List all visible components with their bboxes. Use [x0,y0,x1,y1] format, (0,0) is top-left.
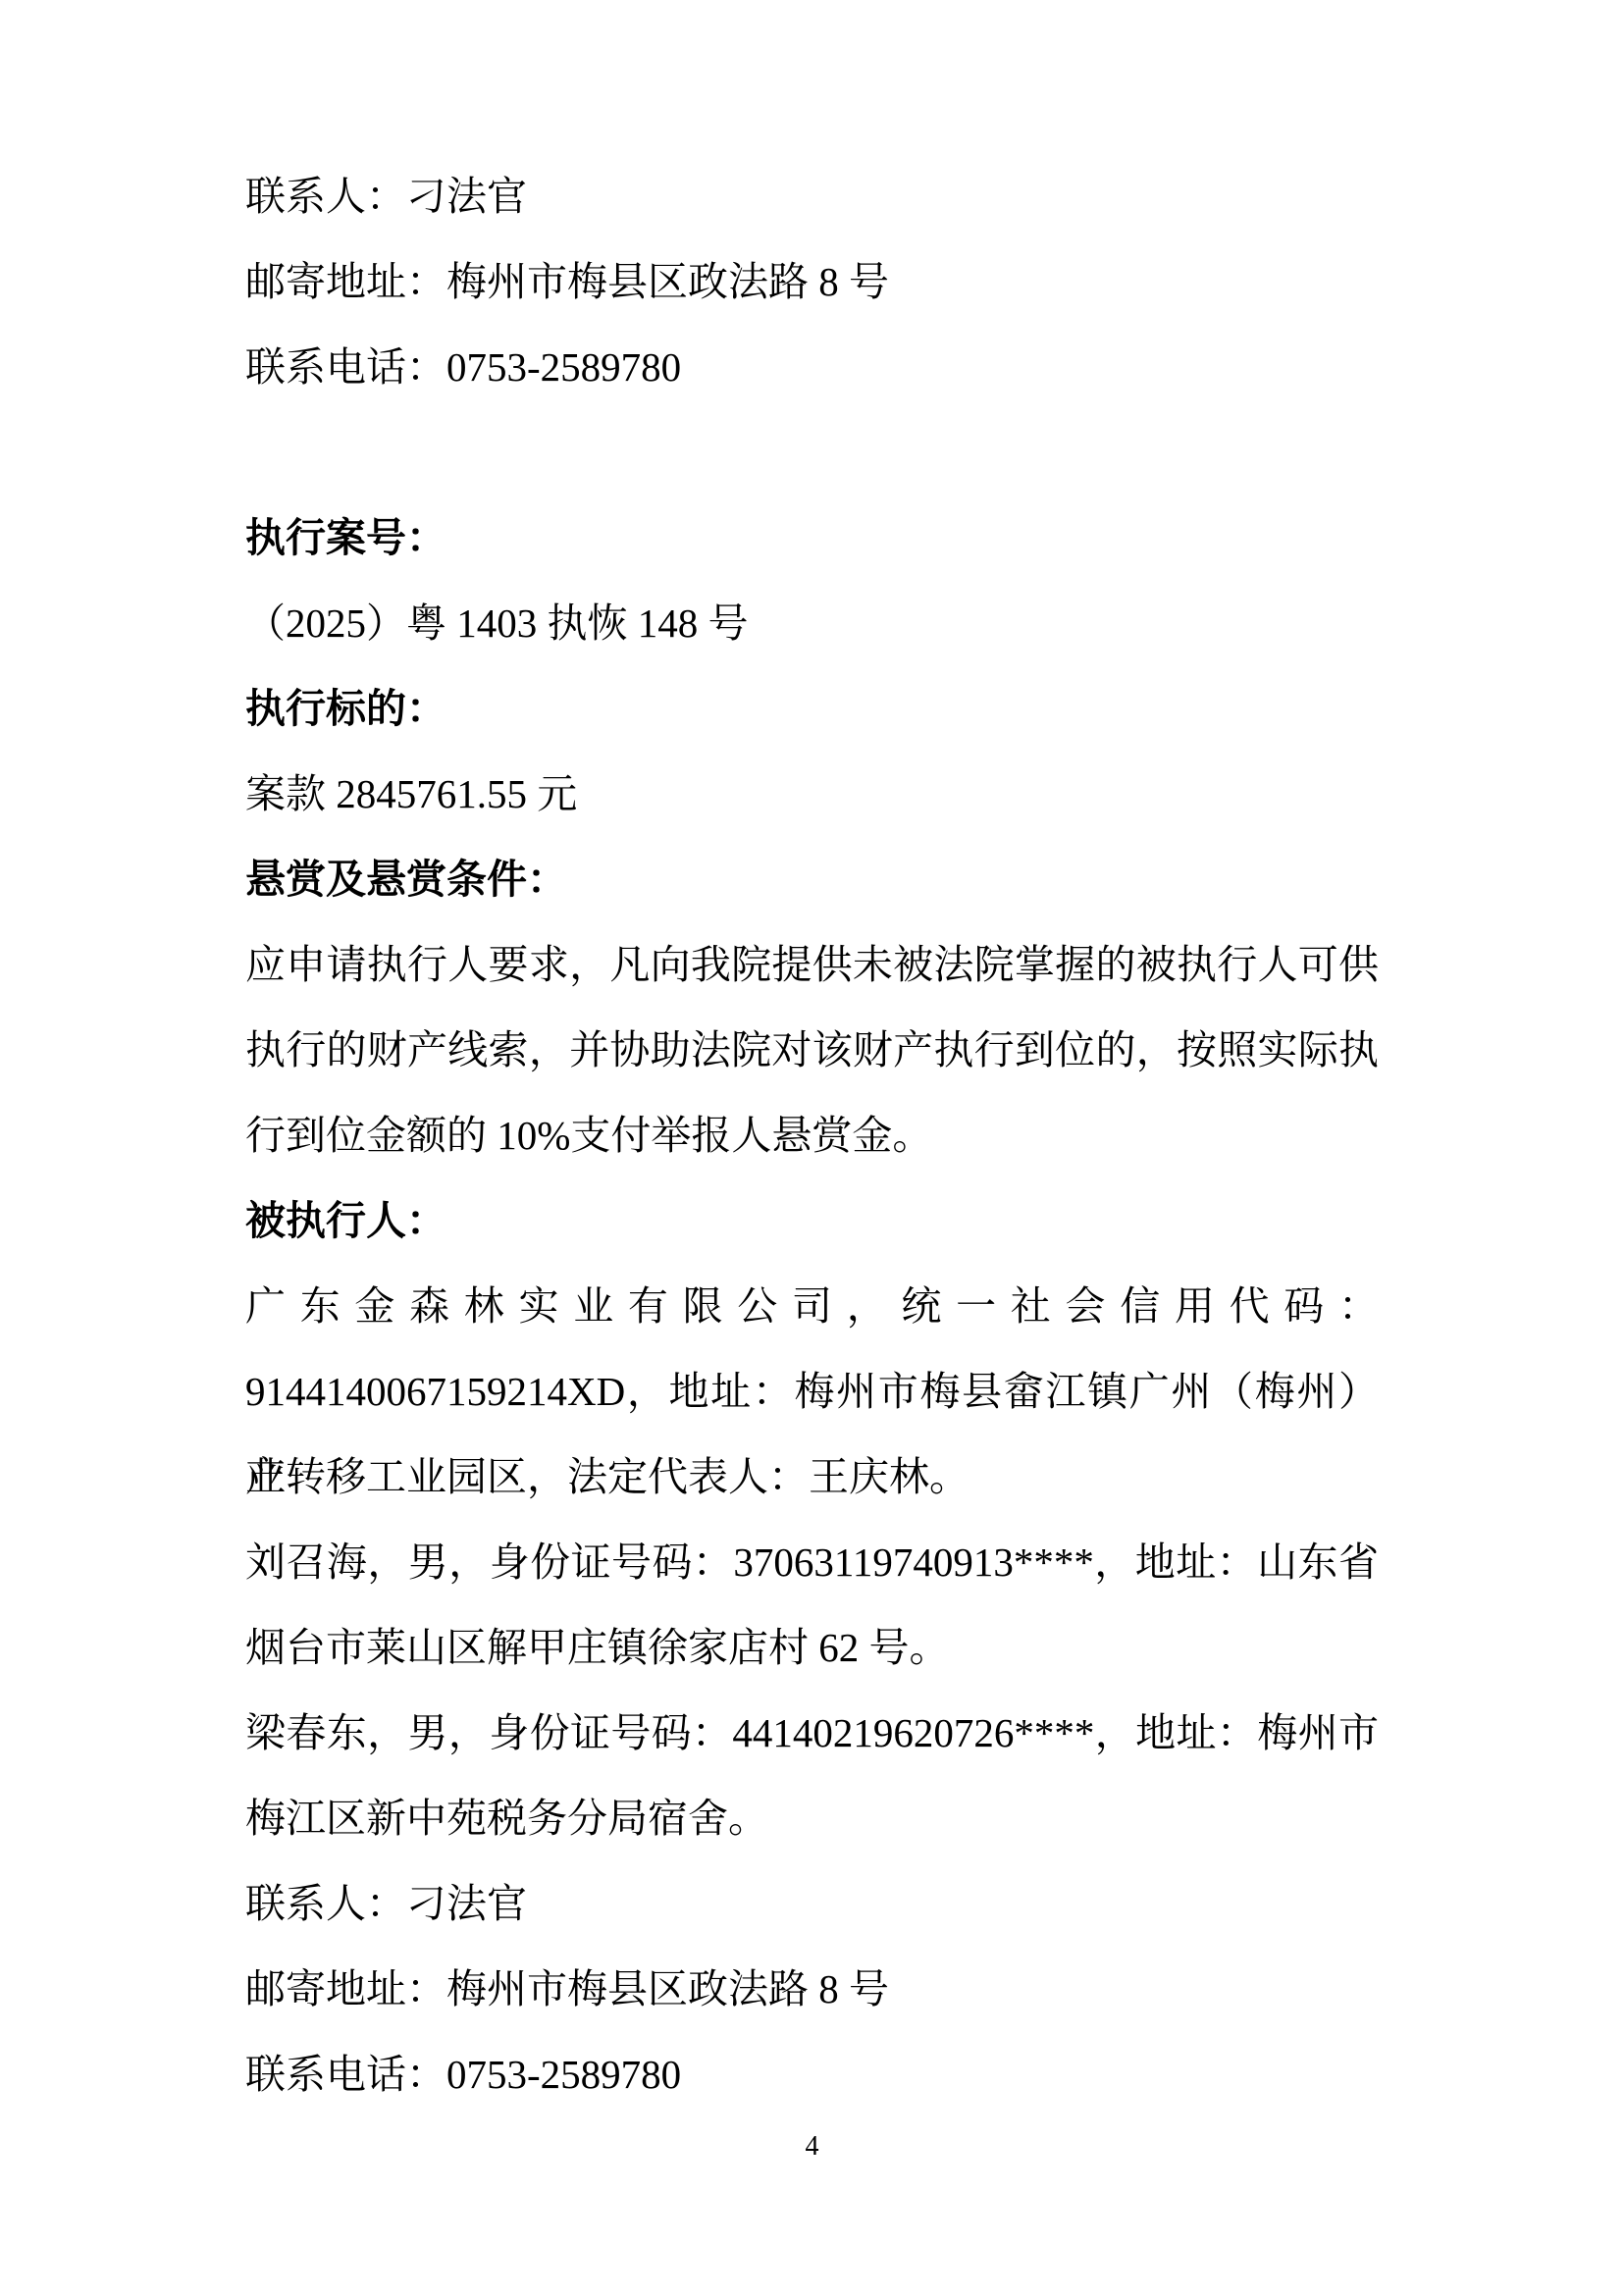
debtor-person-line: 梅江区新中苑税务分局宿舍。 [245,1776,1379,1861]
execution-subject-heading: 执行标的： [245,666,1379,752]
contact-person-line: 联系人：刁法官 [245,1861,1379,1947]
debtor-person-line: 烟台市莱山区解甲庄镇徐家店村 62 号。 [245,1605,1379,1691]
debtor-person-line: 梁春东，男，身份证号码：44140219620726****，地址：梅州市 [245,1691,1379,1776]
debtor-person-line: 刘召海，男，身份证号码：37063119740913****，地址：山东省 [245,1520,1379,1605]
debtor-company-line: 9144140067159214XD，地址：梅州市梅县畲江镇广州（梅州）产 [245,1349,1379,1435]
debtor-company-line: 广东金森林实业有限公司，统一社会信用代码： [245,1264,1379,1349]
page-number: 4 [0,2127,1624,2166]
judgment-debtors-heading: 被执行人： [245,1178,1379,1264]
mailing-address-line: 邮寄地址：梅州市梅县区政法路 8 号 [245,1947,1379,2032]
reward-condition-line: 行到位金额的 10%支付举报人悬赏金。 [245,1093,1379,1178]
execution-subject-amount: 案款 2845761.55 元 [245,752,1379,837]
debtor-company-line: 业转移工业园区，法定代表人：王庆林。 [245,1435,1379,1520]
case-number-heading: 执行案号： [245,496,1379,581]
document-body: 联系人：刁法官 邮寄地址：梅州市梅县区政法路 8 号 联系电话：0753-258… [245,154,1379,2117]
document-page: 联系人：刁法官 邮寄地址：梅州市梅县区政法路 8 号 联系电话：0753-258… [0,0,1624,2296]
phone-line: 联系电话：0753-2589780 [245,2032,1379,2117]
phone-line: 联系电话：0753-2589780 [245,325,1379,410]
reward-conditions-heading: 悬赏及悬赏条件： [245,837,1379,922]
mailing-address-line: 邮寄地址：梅州市梅县区政法路 8 号 [245,239,1379,325]
contact-person-line: 联系人：刁法官 [245,154,1379,239]
reward-condition-line: 应申请执行人要求，凡向我院提供未被法院掌握的被执行人可供 [245,922,1379,1008]
reward-condition-line: 执行的财产线索，并协助法院对该财产执行到位的，按照实际执 [245,1008,1379,1093]
case-number: （2025）粤 1403 执恢 148 号 [245,581,1379,666]
